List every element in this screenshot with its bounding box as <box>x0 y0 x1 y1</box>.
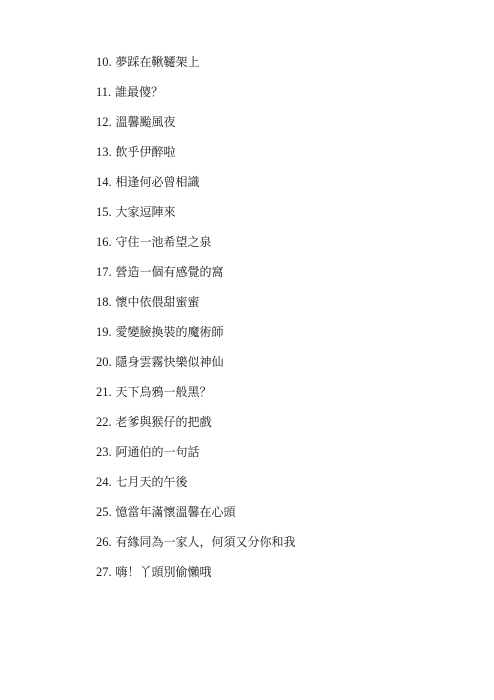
item-text: 夢踩在鞦韆架上 <box>115 55 199 69</box>
item-text: 憶當年滿懷溫馨在心頭 <box>115 505 235 519</box>
item-number: 14. <box>96 175 112 189</box>
list-item: 24. 七月天的午後 <box>96 473 295 503</box>
list-item: 16. 守住一池希望之泉 <box>96 233 295 263</box>
item-text: 大家逗陣來 <box>115 205 175 219</box>
list-item: 27. 嗨！丫頭別偷懶哦 <box>96 563 295 593</box>
item-number: 19. <box>96 325 112 339</box>
document-page: 10. 夢踩在鞦韆架上 11. 誰最傻？ 12. 溫馨颱風夜 13. 飲乎伊醉啦… <box>0 0 494 700</box>
list-item: 17. 營造一個有感覺的窩 <box>96 263 295 293</box>
item-number: 22. <box>96 415 112 429</box>
item-text: 溫馨颱風夜 <box>115 115 175 129</box>
list-item: 26. 有緣同為一家人，何須又分你和我 <box>96 533 295 563</box>
item-number: 18. <box>96 295 112 309</box>
item-number: 26. <box>96 535 112 549</box>
list-item: 11. 誰最傻？ <box>96 83 295 113</box>
item-number: 24. <box>96 475 112 489</box>
item-number: 13. <box>96 145 112 159</box>
item-text: 七月天的午後 <box>115 475 187 489</box>
item-text: 老爹與猴仔的把戲 <box>115 415 211 429</box>
item-text: 有緣同為一家人，何須又分你和我 <box>115 535 295 549</box>
list-item: 13. 飲乎伊醉啦 <box>96 143 295 173</box>
item-text: 懷中依偎甜蜜蜜 <box>115 295 199 309</box>
item-number: 12. <box>96 115 112 129</box>
item-text: 營造一個有感覺的窩 <box>115 265 223 279</box>
list-item: 18. 懷中依偎甜蜜蜜 <box>96 293 295 323</box>
list-item: 21. 天下烏鴉一般黑？ <box>96 383 295 413</box>
list-item: 10. 夢踩在鞦韆架上 <box>96 53 295 83</box>
item-text: 誰最傻？ <box>115 85 163 99</box>
item-number: 25. <box>96 505 112 519</box>
list-item: 14. 相逢何必曾相識 <box>96 173 295 203</box>
list-item: 19. 愛變臉換裝的魔術師 <box>96 323 295 353</box>
item-text: 嗨！丫頭別偷懶哦 <box>115 565 211 579</box>
list-item: 25. 憶當年滿懷溫馨在心頭 <box>96 503 295 533</box>
item-number: 15. <box>96 205 112 219</box>
item-text: 愛變臉換裝的魔術師 <box>115 325 223 339</box>
item-number: 27. <box>96 565 112 579</box>
item-text: 相逢何必曾相識 <box>115 175 199 189</box>
item-text: 阿通伯的一句話 <box>115 445 199 459</box>
item-number: 17. <box>96 265 112 279</box>
item-text: 天下烏鴉一般黑？ <box>115 385 211 399</box>
item-text: 守住一池希望之泉 <box>115 235 211 249</box>
list-item: 20. 隱身雲霧快樂似神仙 <box>96 353 295 383</box>
list-item: 23. 阿通伯的一句話 <box>96 443 295 473</box>
list-item: 22. 老爹與猴仔的把戲 <box>96 413 295 443</box>
item-number: 20. <box>96 355 112 369</box>
item-number: 11. <box>96 85 111 99</box>
item-number: 10. <box>96 55 112 69</box>
list-item: 12. 溫馨颱風夜 <box>96 113 295 143</box>
title-list: 10. 夢踩在鞦韆架上 11. 誰最傻？ 12. 溫馨颱風夜 13. 飲乎伊醉啦… <box>96 53 295 593</box>
item-number: 23. <box>96 445 112 459</box>
item-text: 飲乎伊醉啦 <box>115 145 175 159</box>
item-text: 隱身雲霧快樂似神仙 <box>115 355 223 369</box>
list-item: 15. 大家逗陣來 <box>96 203 295 233</box>
item-number: 16. <box>96 235 112 249</box>
item-number: 21. <box>96 385 112 399</box>
